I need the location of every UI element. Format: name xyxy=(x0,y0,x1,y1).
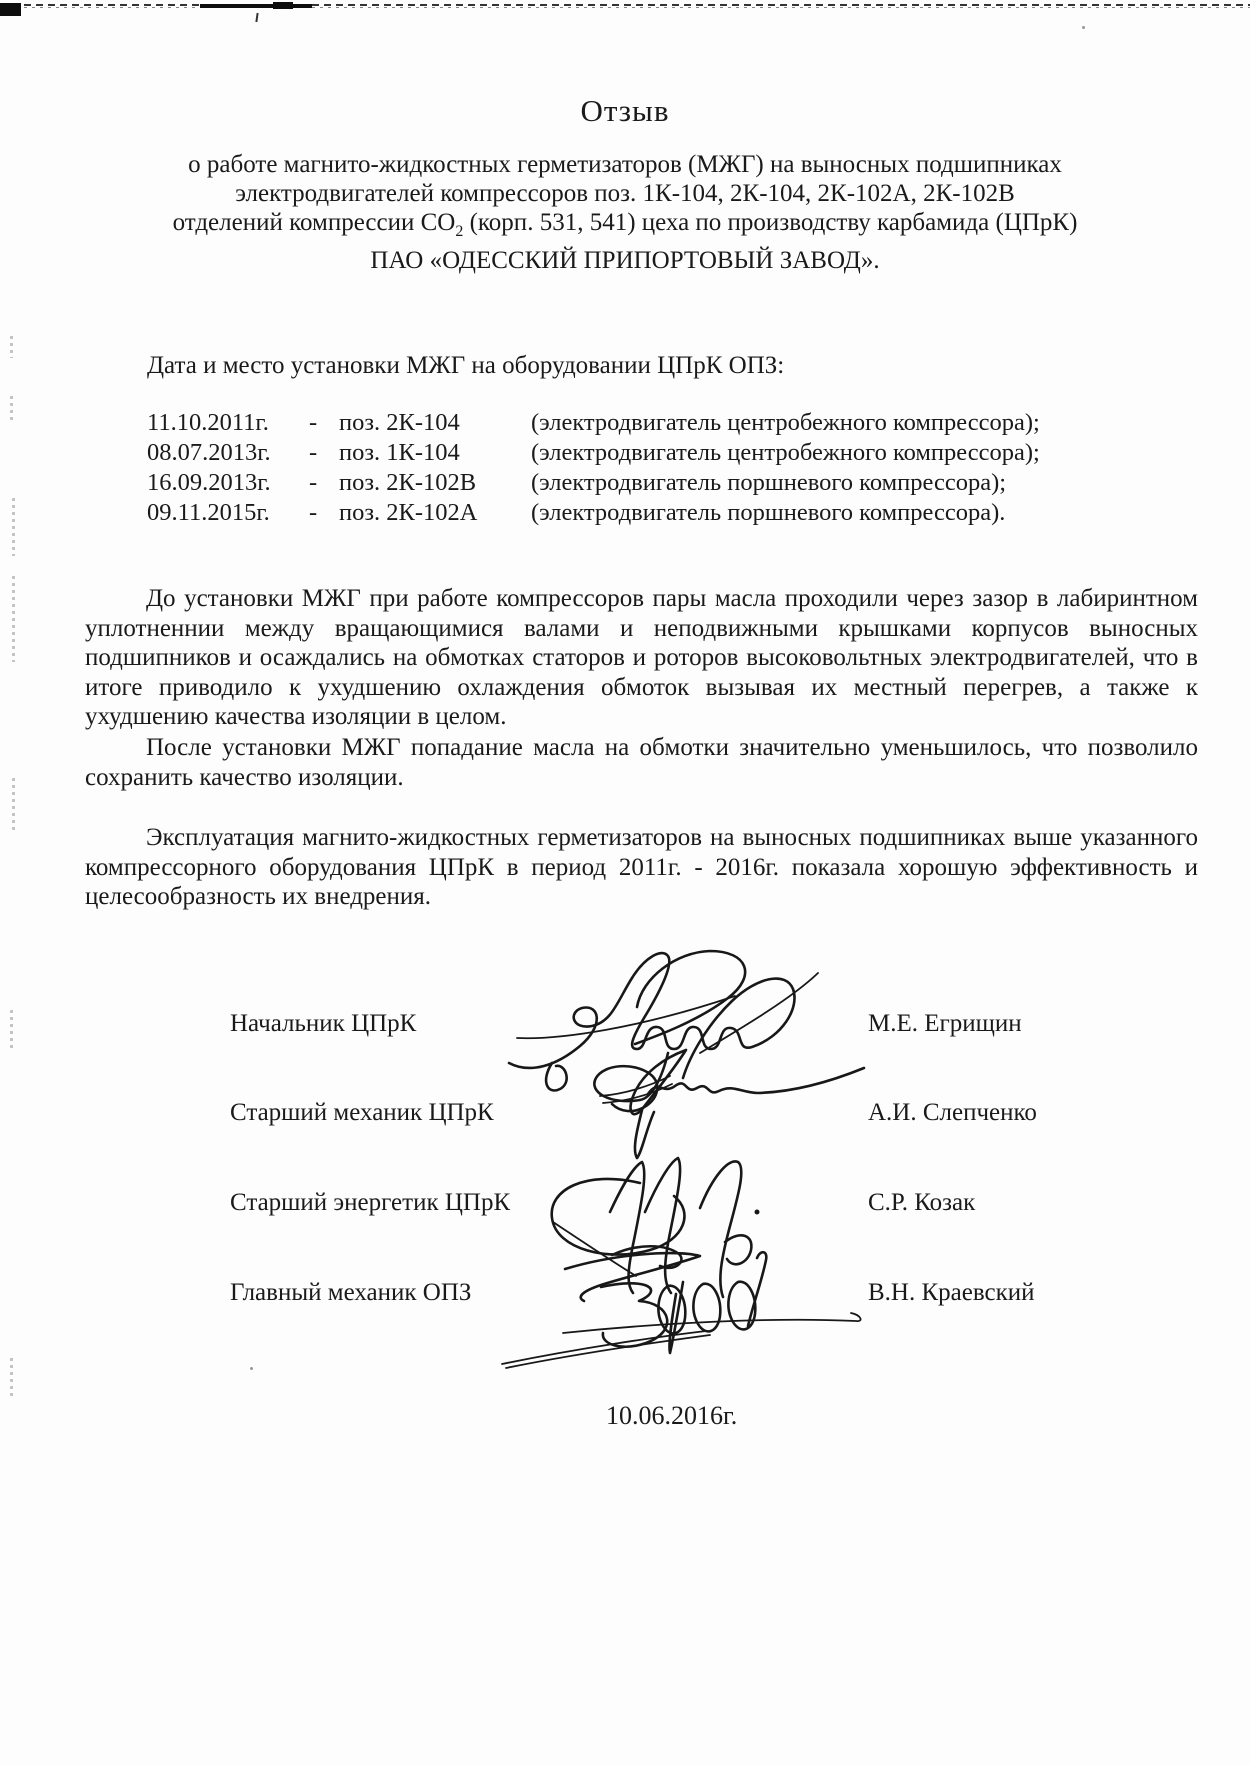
scan-speck xyxy=(255,13,258,22)
dash: - xyxy=(309,439,339,467)
install-description: (электродвигатель центробежного компресс… xyxy=(531,409,1197,437)
paragraph-after-installation: После установки МЖГ попадание масла на о… xyxy=(85,733,1198,792)
scan-edge-artifact xyxy=(0,7,1250,8)
scan-edge-noise xyxy=(10,1358,13,1398)
signature-egrishchin-ink xyxy=(509,951,818,1114)
signer-position-st-energetik: Старший энергетик ЦПрК xyxy=(230,1189,510,1217)
dash: - xyxy=(309,499,339,527)
scan-edge-noise xyxy=(10,396,13,424)
signature-slepchenko-ink xyxy=(594,1053,864,1158)
paragraph-before-installation: До установки МЖГ при работе компрессоров… xyxy=(85,584,1198,732)
install-date: 09.11.2015г. xyxy=(147,499,309,527)
scanned-document-page: Отзыв о работе магнито-жидкостных гермет… xyxy=(0,0,1250,1765)
subtitle-line-4: ПАО «ОДЕССКИЙ ПРИПОРТОВЫЙ ЗАВОД». xyxy=(69,246,1181,275)
scan-edge-noise xyxy=(12,498,15,556)
paragraph-conclusion: Эксплуатация магнито-жидкостных герметиз… xyxy=(85,823,1198,912)
signer-name-kraevsky: В.Н. Краевский xyxy=(868,1279,1035,1307)
install-date: 08.07.2013г. xyxy=(147,439,309,467)
installation-row: 08.07.2013г. - поз. 1К-104 (электродвига… xyxy=(147,439,1197,469)
scan-speck xyxy=(250,1367,253,1370)
installation-row: 11.10.2011г. - поз. 2К-104 (электродвига… xyxy=(147,409,1197,439)
scan-edge-artifact xyxy=(0,4,1250,6)
install-description: (электродвигатель поршневого компрессора… xyxy=(531,499,1197,527)
install-date: 16.09.2013г. xyxy=(147,469,309,497)
scan-speck xyxy=(1082,26,1085,29)
install-description: (электродвигатель поршневого компрессора… xyxy=(531,469,1197,497)
signature-kozak-ink xyxy=(552,1158,760,1297)
signer-position-gl-mehanik: Главный механик ОПЗ xyxy=(230,1279,471,1307)
document-subtitle: о работе магнито-жидкостных герметизатор… xyxy=(69,150,1181,275)
install-position: поз. 2К-102А xyxy=(339,499,531,527)
signer-position-nachalnik: Начальник ЦПрК xyxy=(230,1010,416,1038)
scan-edge-noise xyxy=(12,576,15,662)
dash: - xyxy=(309,409,339,437)
scan-edge-noise xyxy=(10,336,13,358)
signature-kraevsky-ink xyxy=(502,1222,861,1368)
signer-name-kozak: С.Р. Козак xyxy=(868,1189,975,1217)
subtitle-line-1: о работе магнито-жидкостных герметизатор… xyxy=(69,150,1181,179)
document-date: 10.06.2016г. xyxy=(606,1401,737,1431)
installation-list: 11.10.2011г. - поз. 2К-104 (электродвига… xyxy=(147,409,1197,529)
installation-row: 09.11.2015г. - поз. 2К-102А (электродвиг… xyxy=(147,499,1197,529)
scan-edge-noise xyxy=(12,778,15,832)
signer-name-slepchenko: А.И. Слепченко xyxy=(868,1099,1037,1127)
install-position: поз. 2К-102В xyxy=(339,469,531,497)
install-position: поз. 1К-104 xyxy=(339,439,531,467)
scan-edge-artifact xyxy=(273,2,293,9)
scan-edge-noise xyxy=(10,1010,13,1052)
document-title: Отзыв xyxy=(0,93,1250,129)
install-description: (электродвигатель центробежного компресс… xyxy=(531,439,1197,467)
installation-heading: Дата и место установки МЖГ на оборудован… xyxy=(147,352,784,380)
install-position: поз. 2К-104 xyxy=(339,409,531,437)
scan-edge-artifact xyxy=(200,4,312,8)
dash: - xyxy=(309,469,339,497)
install-date: 11.10.2011г. xyxy=(147,409,309,437)
subtitle-line-3: отделений компрессии СО2 (корп. 531, 541… xyxy=(69,208,1181,246)
installation-row: 16.09.2013г. - поз. 2К-102В (электродвиг… xyxy=(147,469,1197,499)
signer-position-st-mehanik: Старший механик ЦПрК xyxy=(230,1099,494,1127)
scan-corner-artifact xyxy=(0,3,21,16)
signer-name-egrishchin: М.Е. Егрищин xyxy=(868,1010,1022,1038)
subtitle-line-2: электродвигателей компрессоров поз. 1К-1… xyxy=(69,179,1181,208)
